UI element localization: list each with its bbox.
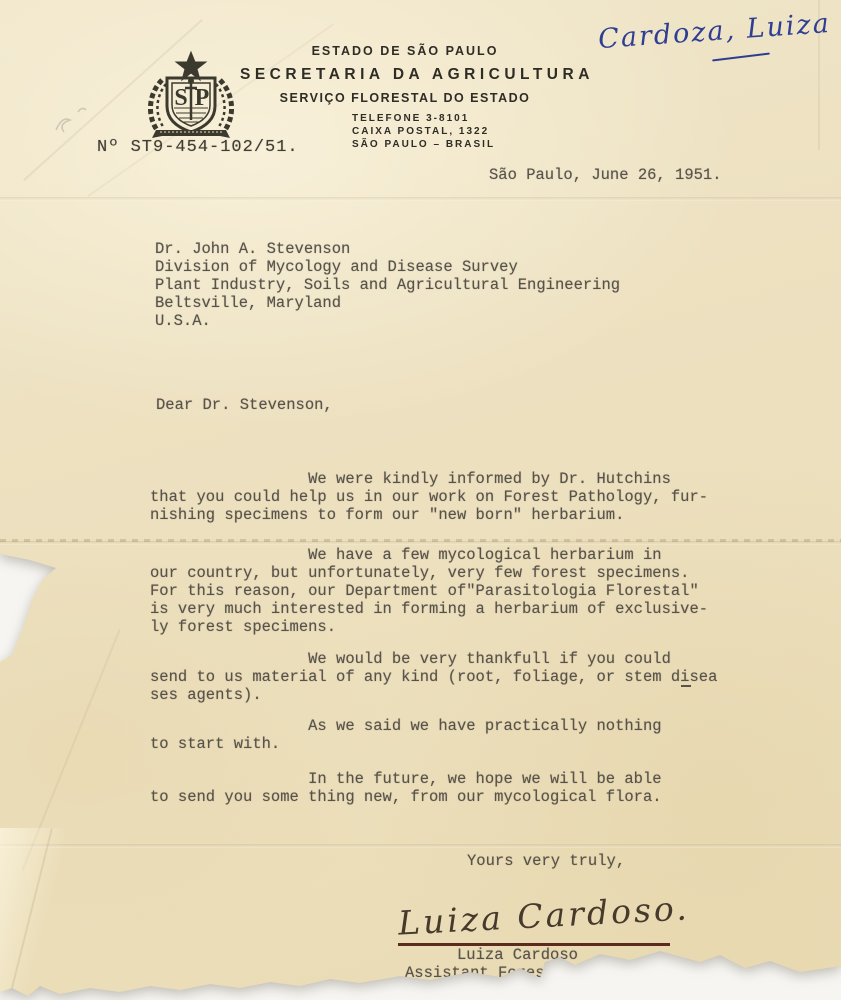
letter-paper: Cardoza, Luiza [0,0,841,1000]
hyphenation-underline [681,685,691,687]
svg-text:S: S [174,85,187,111]
text-line: nishing specimens to form our "new born"… [150,506,708,524]
letterhead-secretariat: SECRETARIA DA AGRICULTURA [240,66,570,84]
reference-number: Nº ST9-454-102/51. [97,139,299,157]
dateline: São Paulo, June 26, 1951. [489,166,722,184]
text-line: ses agents). [150,686,717,704]
text-line: to start with. [150,735,662,753]
fold-crease [0,197,841,201]
text-line: ly forest specimens. [150,618,708,636]
text-line: We have a few mycological herbarium in [150,546,708,564]
handwritten-underline [712,52,770,61]
text-line: send to us material of any kind (root, f… [150,668,717,686]
pencil-mark [48,90,98,150]
text-line: Plant Industry, Soils and Agricultural E… [155,276,620,294]
signature-script: Luiza Cardoso. [397,888,690,942]
text-line: that you could help us in our work on Fo… [150,488,708,506]
letterhead-service: SERVIÇO FLORESTAL DO ESTADO [240,91,570,105]
fold-crease-stitch [0,539,841,542]
handwritten-name: Cardoza, Luiza [597,8,832,55]
corner-fold-highlight [0,828,64,998]
text-line: In the future, we hope we will be able [150,770,662,788]
letterhead: ESTADO DE SÃO PAULO SECRETARIA DA AGRICU… [240,44,570,105]
paragraph-1: We were kindly informed by Dr. Hutchinst… [150,470,708,524]
scanned-letter: Cardoza, Luiza [0,0,841,1000]
text-line: We would be very thankfull if you could [150,650,717,668]
sao-paulo-seal-icon: S P [136,50,246,152]
signature-typed-title: Assistant Forest Pathologist. [405,964,675,982]
paragraph-2: We have a few mycological herbarium inou… [150,546,708,636]
paragraph-3: We would be very thankfull if you coulds… [150,650,717,704]
salutation: Dear Dr. Stevenson, [156,396,333,414]
paragraph-5: In the future, we hope we will be ableto… [150,770,662,806]
text-line: Dr. John A. Stevenson [155,240,620,258]
text-line: Beltsville, Maryland [155,294,620,312]
fold-crease [0,844,841,848]
signature-typed-name: Luiza Cardoso [457,946,578,964]
recipient-address: Dr. John A. StevensonDivision of Mycolog… [155,240,620,330]
paragraph-4: As we said we have practically nothingto… [150,717,662,753]
closing: Yours very truly, [467,852,625,870]
text-line: For this reason, our Department of"Paras… [150,582,708,600]
text-line: We were kindly informed by Dr. Hutchins [150,470,708,488]
text-line: our country, but unfortunately, very few… [150,564,708,582]
text-line: U.S.A. [155,312,620,330]
text-line: is very much interested in forming a her… [150,600,708,618]
letterhead-pobox: CAIXA POSTAL, 1322 [352,126,495,138]
svg-text:P: P [195,85,210,111]
text-line: As we said we have practically nothing [150,717,662,735]
letterhead-phone: TELEFONE 3-8101 [352,113,495,125]
text-line: to send you some thing new, from our myc… [150,788,662,806]
text-line: Division of Mycology and Disease Survey [155,258,620,276]
letterhead-state: ESTADO DE SÃO PAULO [240,44,570,58]
letterhead-city: SÃO PAULO – BRASIL [352,139,495,151]
letterhead-contact: TELEFONE 3-8101 CAIXA POSTAL, 1322 SÃO P… [352,113,495,152]
